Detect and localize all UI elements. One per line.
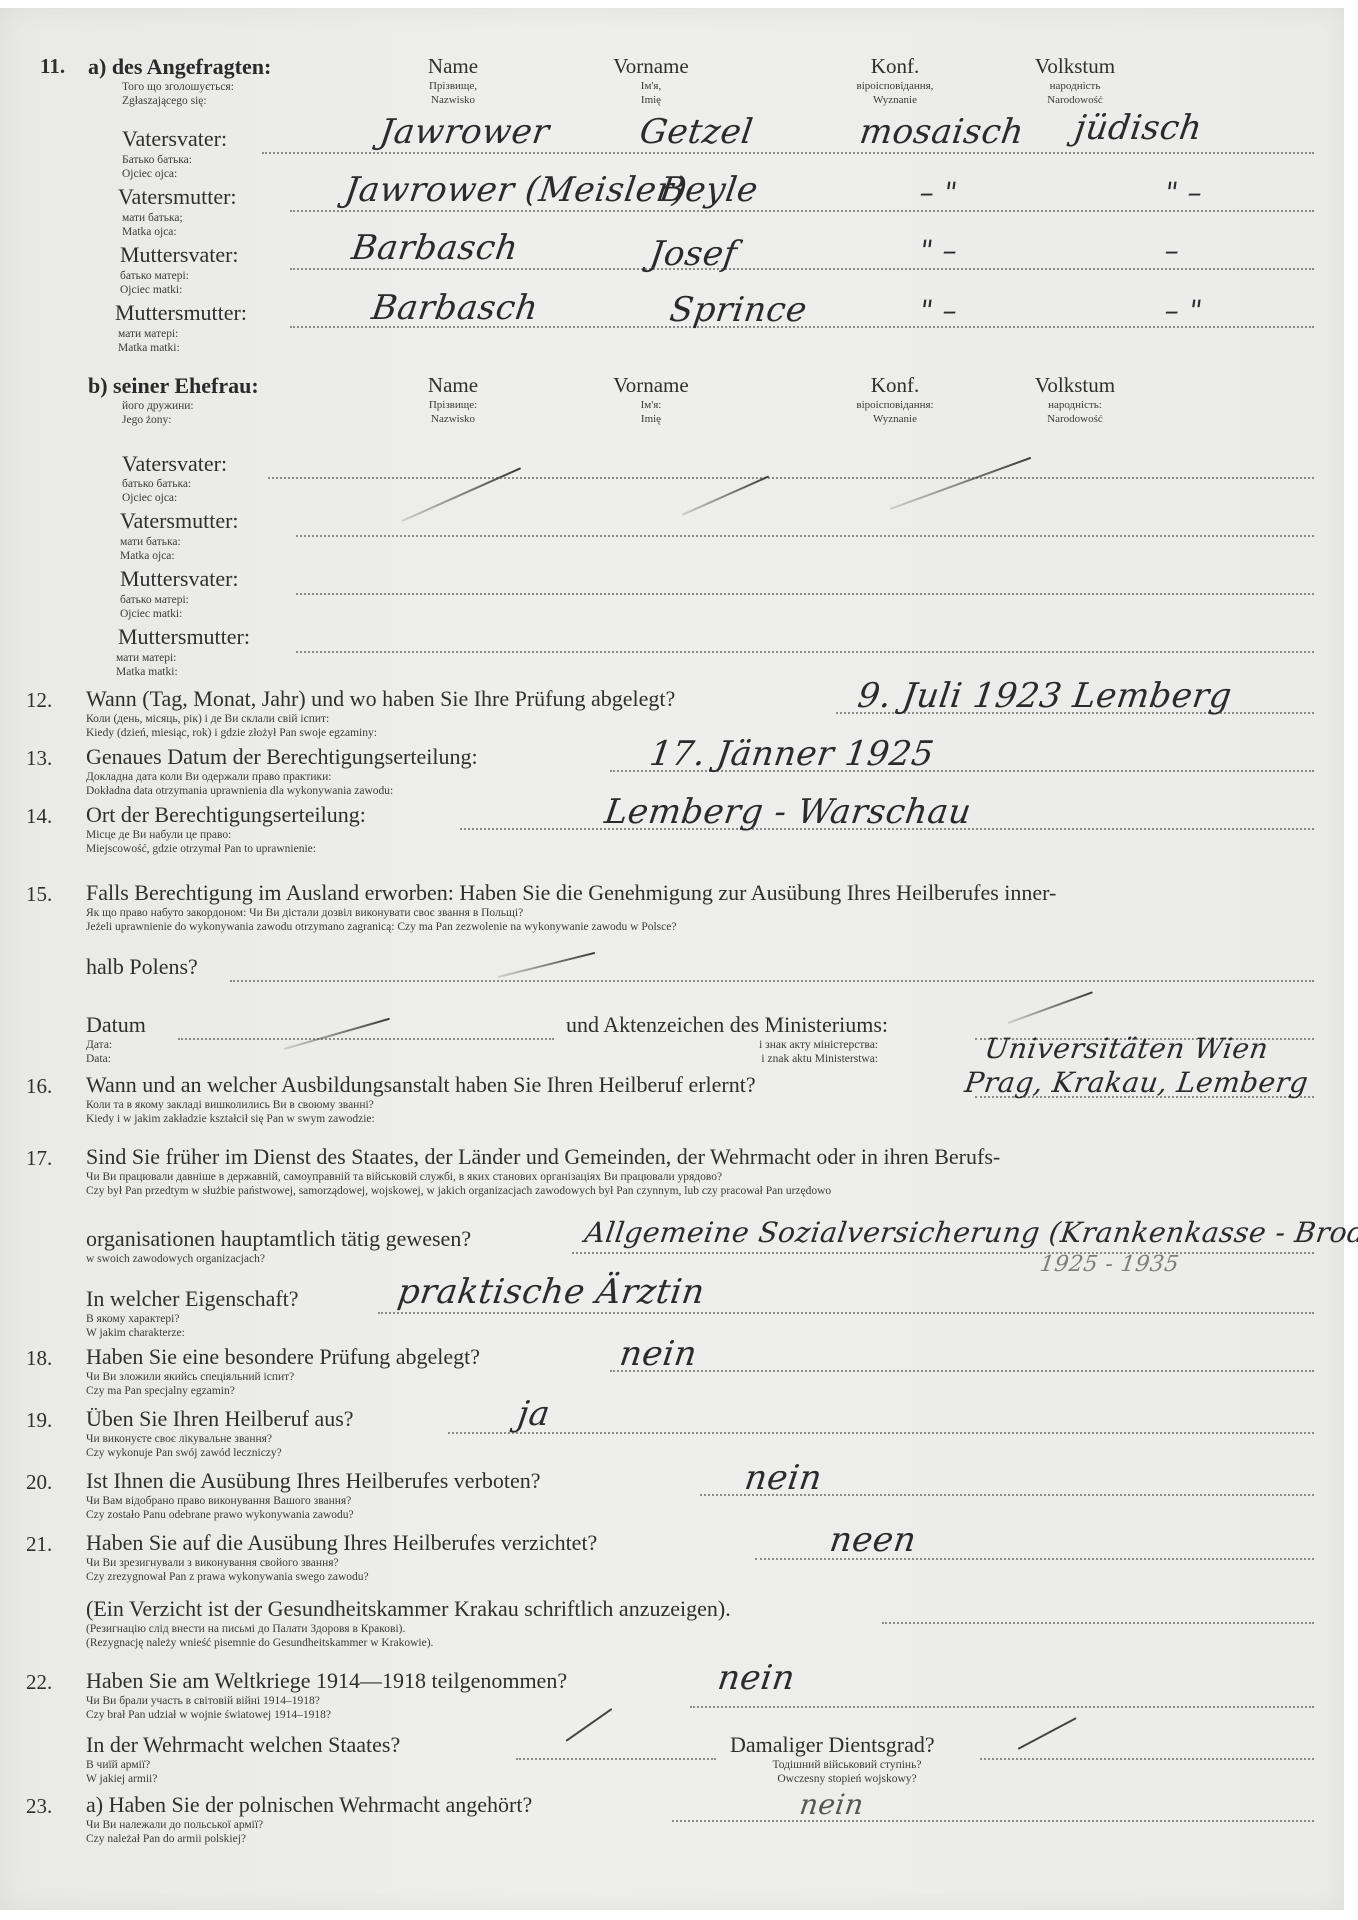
army-state-input[interactable] [516, 1758, 716, 1760]
col-vorname-header: Vorname [551, 54, 751, 79]
answer-volkstum[interactable]: – [1163, 234, 1182, 267]
relative-sub-uk: батько батька: [122, 477, 191, 491]
answer-vorname[interactable]: Sprince [667, 290, 809, 330]
question-number: 20. [26, 1470, 52, 1495]
question-sub-uk: Чи Ви зрезигнували з виконування свойого… [86, 1556, 339, 1570]
col-name-header: Name [353, 373, 553, 398]
answer-line[interactable] [262, 152, 1314, 154]
question-text: Genaues Datum der Berechtigungserteilung… [86, 744, 478, 770]
dash-mark [565, 1708, 612, 1742]
answer-vorname[interactable]: Beyle [657, 170, 760, 210]
answer-line[interactable] [572, 1252, 1314, 1254]
relative-label: Vatersvater: [122, 126, 227, 152]
dash-mark [284, 1018, 390, 1050]
question-sub-uk: Як що право набуто закордоном: Чи Ви діс… [86, 906, 523, 920]
answer-vorname[interactable]: Josef [647, 234, 739, 274]
question-text: a) Haben Sie der polnischen Wehrmacht an… [86, 1792, 532, 1818]
question-text: Ist Ihnen die Ausübung Ihres Heilberufes… [86, 1468, 541, 1494]
col-vorname-sub: Ім'я,Imię [551, 79, 751, 107]
answer-name[interactable]: Jawrower [377, 112, 552, 152]
q11a-label: a) des Angefragten: [88, 54, 271, 80]
question-sub-uk: Чи Вам відобрано право виконування Вашог… [86, 1494, 351, 1508]
relative-sub-pl: Ojciec ojca: [122, 491, 177, 505]
question-sub-pl: Dokładna data otrzymania uprawnienia dla… [86, 784, 393, 798]
army-state-sub-pl: W jakiej armii? [86, 1772, 157, 1786]
question-text: Haben Sie auf die Ausübung Ihres Heilber… [86, 1530, 597, 1556]
col-konf-header: Konf. [795, 373, 995, 398]
question-number: 21. [26, 1532, 52, 1557]
col-vorname-sub: Ім'я:Imię [551, 398, 751, 426]
question-sub-pl: Czy brał Pan udział w wojnie światowej 1… [86, 1708, 331, 1722]
answer-place[interactable]: Lemberg - Warschau [602, 792, 974, 832]
question-sub-pl: Czy wykonuje Pan swój zawód leczniczy? [86, 1446, 282, 1460]
rank-sub-uk: Тодішний військовий ступінь? [730, 1758, 964, 1772]
question-sub-pl: Czy zostało Panu odebrane prawo wykonywa… [86, 1508, 354, 1522]
relative-sub-uk: мати батька; [122, 211, 183, 225]
answer-exam[interactable]: 9. Juli 1923 Lemberg [855, 676, 1234, 716]
question-number: 12. [26, 688, 52, 713]
col-name-sub: Прізвище,Nazwisko [353, 79, 553, 107]
datum-sub-pl: Data: [86, 1052, 111, 1066]
answer-line[interactable] [268, 477, 1314, 479]
relative-sub-pl: Matka ojca: [122, 225, 177, 239]
datum-sub-uk: Дата: [86, 1038, 112, 1052]
col-konf-header: Konf. [795, 54, 995, 79]
answer-konf[interactable]: " – [918, 294, 960, 327]
q11b-sub-pl: Jego żony: [122, 413, 172, 427]
question-number: 13. [26, 746, 52, 771]
answer-volkstum[interactable]: " – [1163, 176, 1205, 209]
army-state-sub-uk: В чиїй армії? [86, 1758, 150, 1772]
answer-polish-army[interactable]: nein [798, 1788, 866, 1821]
pencil-note-years: 1925 - 1935 [1038, 1252, 1180, 1277]
rank-label: Damaliger Dientsgrad? [730, 1732, 935, 1758]
question-number: 22. [26, 1670, 52, 1695]
question-number: 18. [26, 1346, 52, 1371]
answer-line[interactable] [610, 1370, 1314, 1372]
answer-line[interactable] [290, 210, 1314, 212]
answer-line[interactable] [296, 535, 1314, 537]
col-volkstum-sub: народністьNarodowość [975, 79, 1175, 107]
relative-sub-uk: батько матері: [120, 269, 189, 283]
col-volkstum-header: Volkstum [975, 373, 1175, 398]
eigenschaft-sub-pl: W jakim charakterze: [86, 1326, 185, 1340]
question-sub-uk: Чи Ви працювали давніше в державній, сам… [86, 1170, 722, 1184]
question-number: 23. [26, 1794, 52, 1819]
question-text: Ort der Berechtigungserteilung: [86, 802, 366, 828]
question-sub-pl: Jeżeli uprawnienie do wykonywania zawodu… [86, 920, 676, 934]
question-continuation: organisationen hauptamtlich tätig gewese… [86, 1226, 471, 1252]
relative-label: Muttersmutter: [118, 624, 250, 650]
answer-forbidden[interactable]: nein [742, 1458, 824, 1498]
answer-konf[interactable]: " – [918, 234, 960, 267]
col-konf-sub: віроісповідання,Wyznanie [795, 79, 995, 107]
q11a-sub-uk: Того що зголошується: [122, 80, 234, 94]
col-name-sub: Прізвище:Nazwisko [353, 398, 553, 426]
dash-mark [1008, 991, 1093, 1024]
answer-name[interactable]: Barbasch [349, 228, 521, 268]
relative-sub-pl: Ojciec ojca: [122, 167, 177, 181]
question-number-11: 11. [40, 54, 65, 79]
q11b-label: b) seiner Ehefrau: [88, 373, 259, 399]
rank-sub-pl: Owczesny stopień wojskowy? [730, 1772, 964, 1786]
relative-sub-uk: мати матері: [116, 651, 176, 665]
relative-sub-uk: Батько батька: [122, 153, 192, 167]
question-sub-uk: Чи виконуєте своє лікувальне звання? [86, 1432, 272, 1446]
relative-sub-pl: Ojciec matki: [120, 283, 182, 297]
col-volkstum-header: Volkstum [975, 54, 1175, 79]
question-sub-pl: Kiedy (dzień, miesiąc, rok) i gdzie złoż… [86, 726, 377, 740]
answer-vorname[interactable]: Getzel [637, 112, 755, 152]
aktenzeichen-label: und Aktenzeichen des Ministeriums: [566, 1012, 888, 1038]
question-sub-pl: Kiedy i w jakim zakładzie kształcił się … [86, 1112, 375, 1126]
dash-mark [682, 475, 770, 515]
eigenschaft-sub-uk: В якому характері? [86, 1312, 179, 1326]
renunciation-note-pl: (Rezygnację należy wnieść pisemnie do Ge… [86, 1636, 433, 1650]
question-sub-pl: Czy zrezygnował Pan z prawa wykonywania … [86, 1570, 369, 1584]
question-sub-uk: Місце де Ви набули це право: [86, 828, 231, 842]
answer-date[interactable]: 17. Jänner 1925 [647, 734, 936, 774]
q11a-sub-pl: Zgłaszającego się: [122, 94, 207, 108]
answer-line[interactable] [690, 1706, 1314, 1708]
answer-line[interactable] [296, 593, 1314, 595]
question-sub-uk: Чи Ви брали участь в світовій війні 1914… [86, 1694, 320, 1708]
answer-practicing[interactable]: ja [515, 1394, 552, 1434]
answer-special-exam[interactable]: nein [617, 1334, 699, 1374]
relative-label: Muttersmutter: [115, 300, 247, 326]
question-text: Falls Berechtigung im Ausland erworben: … [86, 880, 1056, 906]
datum-label: Datum [86, 1012, 146, 1038]
answer-renounced[interactable]: neen [827, 1520, 919, 1560]
question-number: 16. [26, 1074, 52, 1099]
aktenzeichen-sub-pl: i znak aktu Ministerstwa: [678, 1052, 878, 1066]
answer-volkstum[interactable]: – " [1163, 294, 1205, 327]
question-text: Wann (Tag, Monat, Jahr) und wo haben Sie… [86, 686, 675, 712]
renunciation-note-uk: (Резигнацію слід внести на письмі до Пал… [86, 1622, 405, 1636]
relative-sub-uk: батько матері: [120, 593, 189, 607]
question-number: 14. [26, 804, 52, 829]
answer-employment[interactable]: Allgemeine Sozialversicherung (Krankenka… [583, 1216, 1358, 1249]
dash-mark [890, 457, 1032, 510]
answer-line[interactable] [672, 1820, 1314, 1822]
dash-mark [1018, 1717, 1077, 1750]
question-continuation: halb Polens? [86, 954, 198, 980]
relative-sub-pl: Matka matki: [116, 665, 178, 679]
relative-sub-pl: Ojciec matki: [120, 607, 182, 621]
question-sub-uk: Докладна дата коли Ви одержали право пра… [86, 770, 331, 784]
aktenzeichen-sub-uk: і знак акту міністерства: [678, 1038, 878, 1052]
army-state-label: In der Wehrmacht welchen Staates? [86, 1732, 400, 1758]
question-sub-pl: Czy należał Pan do armii polskiej? [86, 1832, 246, 1846]
question-sub-uk: Коли (день, місяць, рік) і де Ви склали … [86, 712, 329, 726]
answer-volkstum[interactable]: jüdisch [1072, 108, 1205, 148]
question-text: Wann und an welcher Ausbildungsanstalt h… [86, 1072, 756, 1098]
question-number: 19. [26, 1408, 52, 1433]
answer-line[interactable] [296, 651, 1314, 653]
question-sub-pl: Miejscowość, gdzie otrzymał Pan to upraw… [86, 842, 316, 856]
form-page: 11. a) des Angefragten: Того що зголошує… [0, 8, 1344, 1910]
relative-sub-uk: мати матері: [118, 327, 178, 341]
answer-ww1[interactable]: nein [715, 1658, 797, 1698]
answer-capacity[interactable]: praktische Ärztin [395, 1272, 707, 1312]
q11b-sub-uk: його дружини: [122, 399, 194, 413]
col-konf-sub: віроісповідання:Wyznanie [795, 398, 995, 426]
relative-label: Vatersmutter: [118, 184, 237, 210]
rank-input[interactable] [980, 1758, 1314, 1760]
dash-mark [498, 952, 596, 978]
question-continuation-sub: w swoich zawodowych organizacjach? [86, 1252, 265, 1266]
relative-label: Muttersvater: [120, 566, 239, 592]
answer-konf[interactable]: – " [918, 176, 960, 209]
answer-konf[interactable]: mosaisch [857, 112, 1026, 152]
question-sub-uk: Чи Ви зложили якийсь спеціяльний іспит? [86, 1370, 294, 1384]
relative-sub-pl: Matka matki: [118, 341, 180, 355]
answer-name[interactable]: Jawrower (Meisler) [342, 170, 690, 210]
answer-name[interactable]: Barbasch [369, 288, 541, 328]
relative-sub-uk: мати батька: [120, 535, 181, 549]
col-vorname-header: Vorname [551, 373, 751, 398]
relative-label: Muttersvater: [120, 242, 239, 268]
eigenschaft-label: In welcher Eigenschaft? [86, 1286, 299, 1312]
question-sub-uk: Коли та в якому закладі вишколились Ви в… [86, 1098, 374, 1112]
relative-label: Vatersmutter: [120, 508, 239, 534]
relative-label: Vatersvater: [122, 451, 227, 477]
question-sub-uk: Чи Ви належали до польської армії? [86, 1818, 263, 1832]
question-number: 15. [26, 882, 52, 907]
dash-mark [402, 467, 522, 522]
answer-line[interactable] [290, 268, 1314, 270]
question-text: Haben Sie am Weltkriege 1914—1918 teilge… [86, 1668, 567, 1694]
question-text: Üben Sie Ihren Heilberuf aus? [86, 1406, 354, 1432]
answer-line[interactable] [230, 980, 1314, 982]
answer-institution-line1[interactable]: Universitäten Wien [983, 1032, 1271, 1065]
question-number: 17. [26, 1146, 52, 1171]
eigenschaft-input[interactable] [378, 1312, 1314, 1314]
answer-line[interactable] [882, 1622, 1314, 1624]
question-sub-pl: Czy ma Pan specjalny egzamin? [86, 1384, 235, 1398]
question-text: Sind Sie früher im Dienst des Staates, d… [86, 1144, 1000, 1170]
renunciation-note: (Ein Verzicht ist der Gesundheitskammer … [86, 1596, 731, 1622]
answer-institution-line2[interactable]: Prag, Krakau, Lemberg [963, 1066, 1311, 1099]
datum-input[interactable] [178, 1038, 554, 1040]
question-sub-pl: Czy był Pan przedtym w służbie państwowe… [86, 1184, 831, 1198]
answer-line[interactable] [448, 1432, 1314, 1434]
col-volkstum-sub: народність:Narodowość [975, 398, 1175, 426]
question-text: Haben Sie eine besondere Prüfung abgeleg… [86, 1344, 480, 1370]
relative-sub-pl: Matka ojca: [120, 549, 175, 563]
col-name-header: Name [353, 54, 553, 79]
